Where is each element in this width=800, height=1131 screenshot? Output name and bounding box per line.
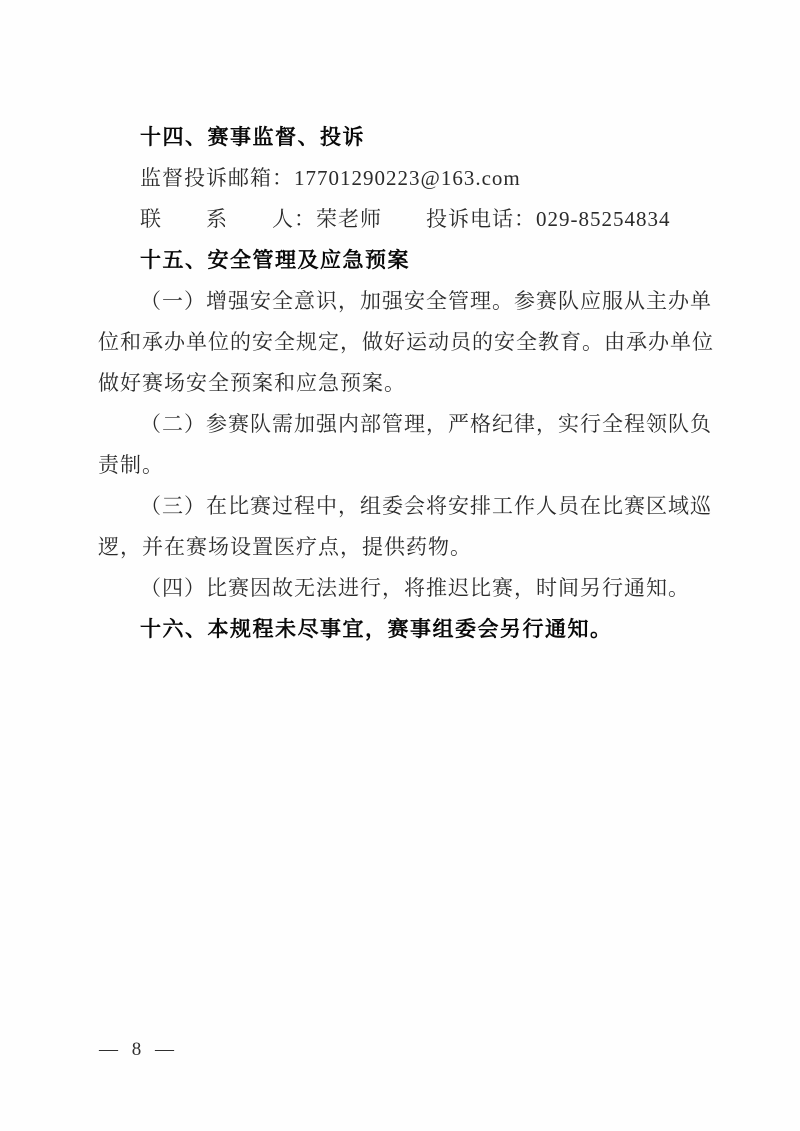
document-content: 十四、赛事监督、投诉 监督投诉邮箱：17701290223@163.com 联 …: [98, 117, 712, 650]
para-1-line-2: 位和承办单位的安全规定，做好运动员的安全教育。由承办单位: [98, 322, 712, 363]
heading-section-14: 十四、赛事监督、投诉: [98, 117, 712, 158]
line-supervision-email: 监督投诉邮箱：17701290223@163.com: [98, 158, 712, 199]
document-page: 十四、赛事监督、投诉 监督投诉邮箱：17701290223@163.com 联 …: [0, 0, 800, 1131]
line-contact-and-phone: 联 系 人：荣老师 投诉电话：029-85254834: [98, 199, 712, 240]
para-1-line-1: （一）增强安全意识，加强安全管理。参赛队应服从主办单: [98, 281, 712, 322]
para-4-line-1: （四）比赛因故无法进行，将推迟比赛，时间另行通知。: [98, 568, 712, 609]
para-2-line-1: （二）参赛队需加强内部管理，严格纪律，实行全程领队负: [98, 404, 712, 445]
para-1-line-3: 做好赛场安全预案和应急预案。: [98, 363, 712, 404]
para-2-line-2: 责制。: [98, 445, 712, 486]
heading-section-15: 十五、安全管理及应急预案: [98, 240, 712, 281]
para-3-line-2: 逻，并在赛场设置医疗点，提供药物。: [98, 527, 712, 568]
heading-section-16: 十六、本规程未尽事宜，赛事组委会另行通知。: [98, 609, 712, 650]
page-number: — 8 —: [99, 1036, 176, 1064]
para-3-line-1: （三）在比赛过程中，组委会将安排工作人员在比赛区域巡: [98, 486, 712, 527]
